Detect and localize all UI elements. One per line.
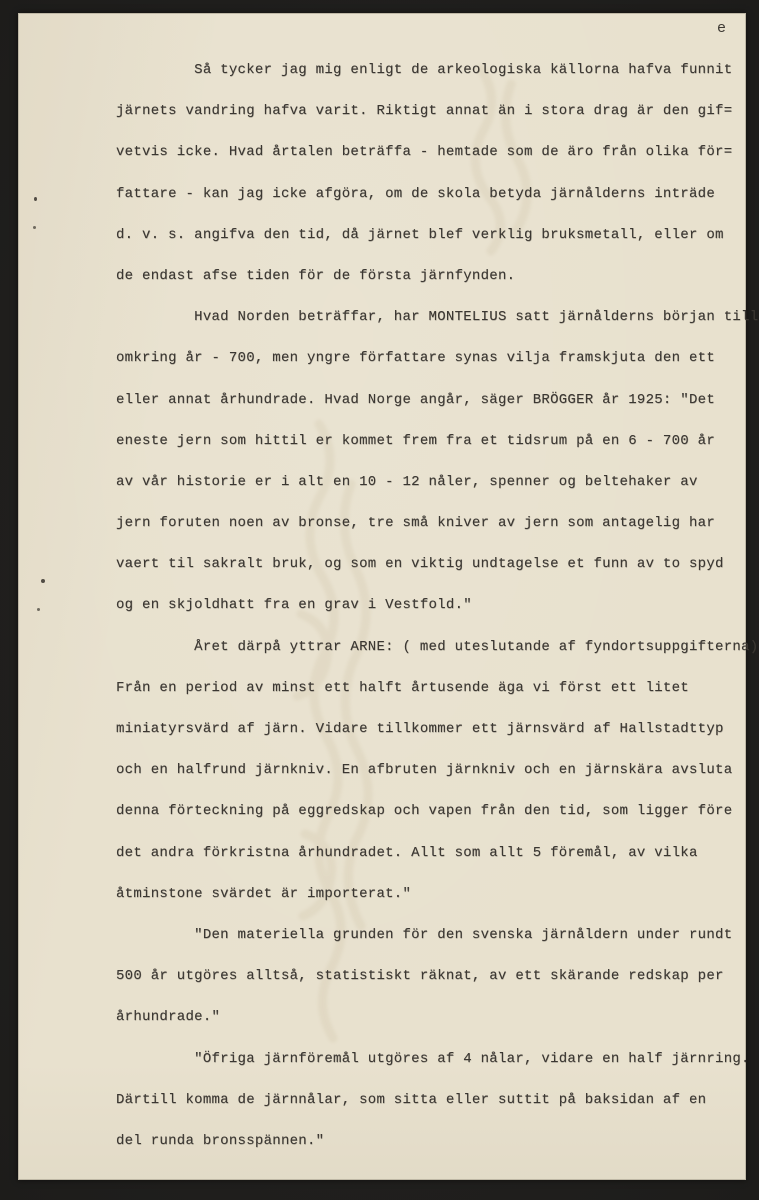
text-line: och en halfrund järnkniv. En afbruten jä… [116, 750, 744, 791]
text-line: de endast afse tiden för de första järnf… [116, 256, 744, 297]
text-line: d. v. s. angifva den tid, då järnet blef… [116, 215, 744, 256]
text-line: miniatyrsvärd af järn. Vidare tillkommer… [116, 709, 744, 750]
text-line: århundrade." [116, 997, 744, 1038]
typewritten-text: Så tycker jag mig enligt de arkeologiska… [116, 50, 744, 1162]
margin-speck [37, 608, 40, 611]
text-line: 500 år utgöres alltså, statistiskt räkna… [116, 956, 744, 997]
text-line: det andra förkristna århundradet. Allt s… [116, 833, 744, 874]
text-line: Så tycker jag mig enligt de arkeologiska… [116, 50, 744, 91]
text-line: denna förteckning på eggredskap och vape… [116, 791, 744, 832]
scan-dark-border: e Så tycker jag mig enligt de arkeologis… [0, 0, 759, 1200]
text-line: del runda bronsspännen." [116, 1121, 744, 1162]
text-line: åtminstone svärdet är importerat." [116, 874, 744, 915]
text-line: omkring år - 700, men yngre författare s… [116, 338, 744, 379]
text-line: Därtill komma de järnnålar, som sitta el… [116, 1080, 744, 1121]
document-page: e Så tycker jag mig enligt de arkeologis… [18, 13, 746, 1180]
text-line: jern foruten noen av bronse, tre små kni… [116, 503, 744, 544]
margin-speck [34, 197, 37, 201]
text-line: eller annat århundrade. Hvad Norge angår… [116, 380, 744, 421]
text-line: Året därpå yttrar ARNE: ( med uteslutand… [116, 627, 744, 668]
text-line: og en skjoldhatt fra en grav i Vestfold.… [116, 585, 744, 626]
page-number: e [717, 20, 726, 37]
text-line: vetvis icke. Hvad årtalen beträffa - hem… [116, 132, 744, 173]
text-line: "Den materiella grunden för den svenska … [116, 915, 744, 956]
text-line: av vår historie er i alt en 10 - 12 nåle… [116, 462, 744, 503]
margin-speck [33, 226, 36, 229]
text-line: Hvad Norden beträffar, har MONTELIUS sat… [116, 297, 744, 338]
text-line: eneste jern som hittil er kommet frem fr… [116, 421, 744, 462]
text-line: järnets vandring hafva varit. Riktigt an… [116, 91, 744, 132]
text-line: vaert til sakralt bruk, og som en viktig… [116, 544, 744, 585]
text-line: Från en period av minst ett halft årtuse… [116, 668, 744, 709]
text-line: fattare - kan jag icke afgöra, om de sko… [116, 174, 744, 215]
text-line: "Öfriga järnföremål utgöres af 4 nålar, … [116, 1039, 744, 1080]
margin-speck [41, 579, 45, 583]
